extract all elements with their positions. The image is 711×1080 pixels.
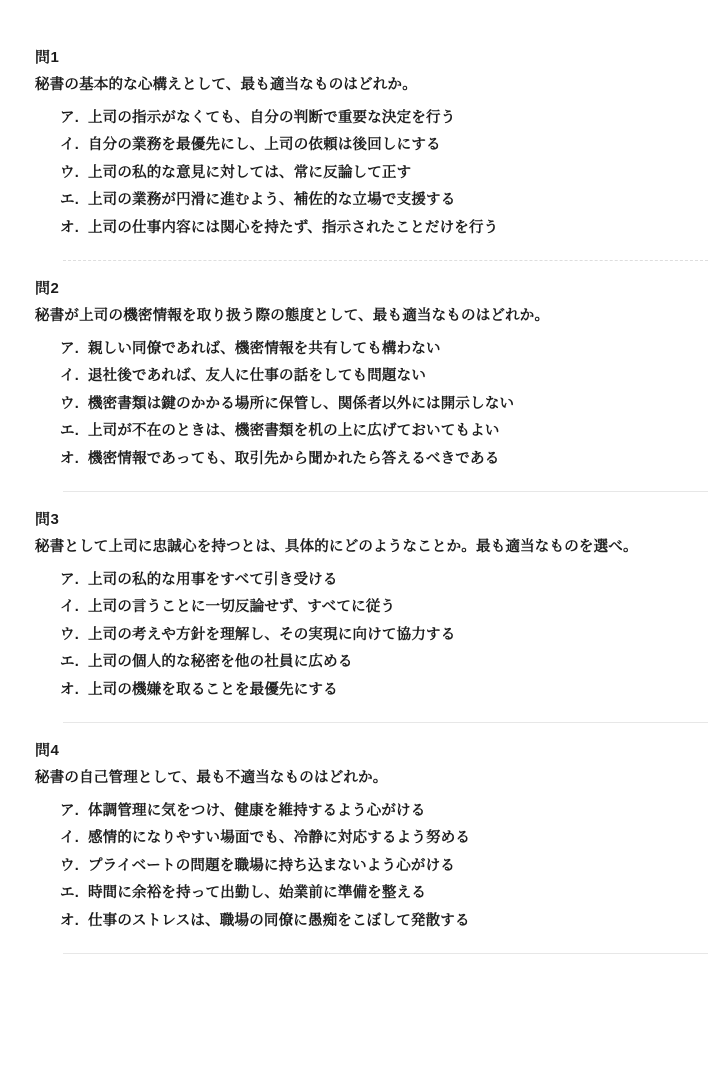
option-text: 上司の言うことに一切反論せず、すべてに従う [88, 600, 395, 616]
section-divider [63, 953, 708, 954]
option-row: オ. 機密情報であっても、取引先から聞かれたら答えるべきである [60, 452, 708, 468]
option-text: 機密書類は鍵のかかる場所に保管し、関係者以外には開示しない [88, 397, 514, 413]
option-text: 上司の機嫌を取ることを最優先にする [88, 683, 338, 699]
question-prompt: 秘書として上司に忠誠心を持つとは、具体的にどのようなことか。最も適当なものを選べ… [35, 540, 708, 556]
option-row: エ. 上司が不在のときは、機密書類を机の上に広げておいてもよい [60, 424, 708, 440]
question-prompt: 秘書が上司の機密情報を取り扱う際の態度として、最も適当なものはどれか。 [35, 309, 708, 325]
option-text: 自分の業務を最優先にし、上司の依頼は後回しにする [88, 138, 441, 154]
exam-document: 問1 秘書の基本的な心構えとして、最も適当なものはどれか。 ア. 上司の指示がな… [0, 0, 711, 1080]
option-text: 体調管理に気をつけ、健康を維持するよう心がける [88, 804, 426, 820]
option-text: プライベートの問題を職場に持ち込まないよう心がける [88, 859, 455, 875]
option-text: 感情的になりやすい場面でも、冷静に対応するよう努める [88, 831, 470, 847]
option-label: ウ. [60, 628, 79, 644]
question-number: 問2 [35, 281, 708, 297]
option-label: オ. [60, 221, 79, 237]
option-label: ア. [60, 342, 79, 358]
option-label: オ. [60, 452, 79, 468]
option-row: ウ. 機密書類は鍵のかかる場所に保管し、関係者以外には開示しない [60, 397, 708, 413]
section-divider [63, 260, 708, 261]
option-list: ア. 体調管理に気をつけ、健康を維持するよう心がける イ. 感情的になりやすい場… [35, 804, 708, 930]
option-row: オ. 仕事のストレスは、職場の同僚に愚痴をこぼして発散する [60, 914, 708, 930]
option-text: 上司の私的な用事をすべて引き受ける [88, 573, 338, 589]
question-block-3: 問3 秘書として上司に忠誠心を持つとは、具体的にどのようなことか。最も適当なもの… [35, 512, 708, 698]
option-label: ウ. [60, 397, 79, 413]
option-list: ア. 親しい同僚であれば、機密情報を共有しても構わない イ. 退社後であれば、友… [35, 342, 708, 468]
option-label: イ. [60, 831, 79, 847]
option-row: ウ. 上司の私的な意見に対しては、常に反論して正す [60, 166, 708, 182]
section-divider [63, 491, 708, 492]
option-label: エ. [60, 655, 79, 671]
option-label: エ. [60, 424, 79, 440]
question-block-2: 問2 秘書が上司の機密情報を取り扱う際の態度として、最も適当なものはどれか。 ア… [35, 281, 708, 467]
option-row: ア. 上司の指示がなくても、自分の判断で重要な決定を行う [60, 111, 708, 127]
option-label: オ. [60, 914, 79, 930]
option-text: 上司の業務が円滑に進むよう、補佐的な立場で支援する [88, 193, 456, 209]
option-text: 上司の考えや方針を理解し、その実現に向けて協力する [88, 628, 456, 644]
option-text: 機密情報であっても、取引先から聞かれたら答えるべきである [88, 452, 499, 468]
option-row: ウ. プライベートの問題を職場に持ち込まないよう心がける [60, 859, 708, 875]
option-text: 退社後であれば、友人に仕事の話をしても問題ない [88, 369, 426, 385]
option-list: ア. 上司の私的な用事をすべて引き受ける イ. 上司の言うことに一切反論せず、す… [35, 573, 708, 699]
option-row: イ. 退社後であれば、友人に仕事の話をしても問題ない [60, 369, 708, 385]
option-row: オ. 上司の仕事内容には関心を持たず、指示されたことだけを行う [60, 221, 708, 237]
option-label: イ. [60, 369, 79, 385]
question-number: 問1 [35, 50, 708, 66]
question-prompt: 秘書の基本的な心構えとして、最も適当なものはどれか。 [35, 78, 708, 94]
option-text: 上司の仕事内容には関心を持たず、指示されたことだけを行う [88, 221, 498, 237]
option-row: エ. 上司の個人的な秘密を他の社員に広める [60, 655, 708, 671]
option-text: 親しい同僚であれば、機密情報を共有しても構わない [88, 342, 441, 358]
option-text: 仕事のストレスは、職場の同僚に愚痴をこぼして発散する [88, 914, 470, 930]
option-text: 時間に余裕を持って出勤し、始業前に準備を整える [88, 886, 426, 902]
question-number: 問3 [35, 512, 708, 528]
option-row: イ. 上司の言うことに一切反論せず、すべてに従う [60, 600, 708, 616]
section-divider [63, 722, 708, 723]
option-row: エ. 時間に余裕を持って出勤し、始業前に準備を整える [60, 886, 708, 902]
question-block-1: 問1 秘書の基本的な心構えとして、最も適当なものはどれか。 ア. 上司の指示がな… [35, 50, 708, 236]
option-row: イ. 感情的になりやすい場面でも、冷静に対応するよう努める [60, 831, 708, 847]
option-label: ウ. [60, 166, 79, 182]
question-prompt: 秘書の自己管理として、最も不適当なものはどれか。 [35, 771, 708, 787]
option-label: エ. [60, 886, 79, 902]
option-row: ウ. 上司の考えや方針を理解し、その実現に向けて協力する [60, 628, 708, 644]
option-list: ア. 上司の指示がなくても、自分の判断で重要な決定を行う イ. 自分の業務を最優… [35, 111, 708, 237]
option-label: エ. [60, 193, 79, 209]
option-label: ウ. [60, 859, 79, 875]
option-row: エ. 上司の業務が円滑に進むよう、補佐的な立場で支援する [60, 193, 708, 209]
option-label: イ. [60, 600, 79, 616]
option-label: ア. [60, 804, 79, 820]
option-label: ア. [60, 111, 79, 127]
option-row: ア. 上司の私的な用事をすべて引き受ける [60, 573, 708, 589]
option-row: ア. 親しい同僚であれば、機密情報を共有しても構わない [60, 342, 708, 358]
option-text: 上司の個人的な秘密を他の社員に広める [88, 655, 353, 671]
question-number: 問4 [35, 743, 708, 759]
option-row: ア. 体調管理に気をつけ、健康を維持するよう心がける [60, 804, 708, 820]
option-label: オ. [60, 683, 79, 699]
option-text: 上司の指示がなくても、自分の判断で重要な決定を行う [88, 111, 456, 127]
option-row: イ. 自分の業務を最優先にし、上司の依頼は後回しにする [60, 138, 708, 154]
option-text: 上司が不在のときは、機密書類を机の上に広げておいてもよい [88, 424, 500, 440]
option-row: オ. 上司の機嫌を取ることを最優先にする [60, 683, 708, 699]
option-label: イ. [60, 138, 79, 154]
option-label: ア. [60, 573, 79, 589]
question-block-4: 問4 秘書の自己管理として、最も不適当なものはどれか。 ア. 体調管理に気をつけ… [35, 743, 708, 929]
option-text: 上司の私的な意見に対しては、常に反論して正す [88, 166, 411, 182]
